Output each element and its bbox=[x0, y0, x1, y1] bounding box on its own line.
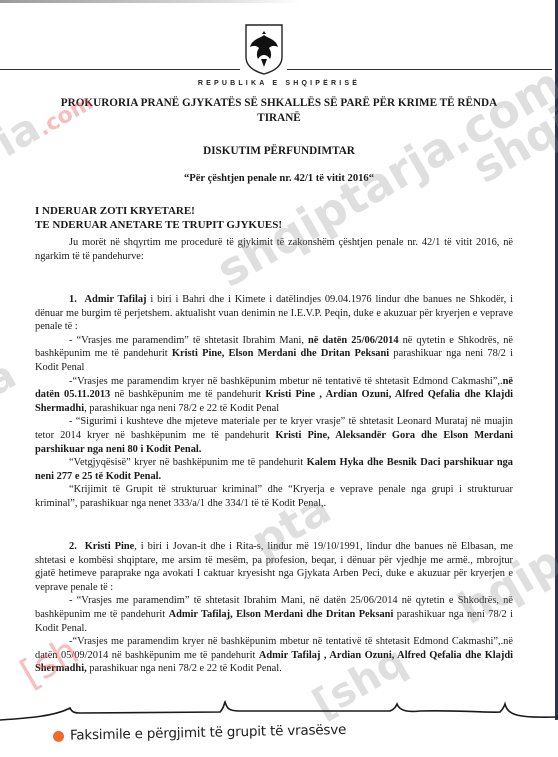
image-caption: Faksimile e përgjimit të grupit të vrasë… bbox=[53, 722, 347, 744]
institution-line-1: PROKURORIA PRANË GJYKATËS SË SHKALLËS SË… bbox=[0, 96, 558, 111]
charge-text: “Vetgjyqësisë” kryer në bashkëpunim me t… bbox=[69, 457, 307, 468]
charge-article: parashikuar nga neni 78/2 e 22 të Kodit … bbox=[87, 663, 282, 674]
torn-page-edge bbox=[0, 700, 558, 724]
defendant-name: Kristi Pine bbox=[85, 541, 135, 552]
charge-4: “Vetgjyqësisë” kryer në bashkëpunim me t… bbox=[35, 456, 513, 483]
salutation-line-1: I NDERUAR ZOTI KRYETARE! bbox=[35, 204, 282, 218]
defendant-1-intro: 1. Admir Tafilaj i biri i Bahri dhe i Ki… bbox=[35, 293, 513, 334]
institution-line-2: TIRANË bbox=[0, 111, 558, 126]
charge-date: në datën 25/06/2014 bbox=[308, 335, 399, 346]
co-defendants: Kristi Pine, Elson Merdani dhe Dritan Pe… bbox=[172, 348, 389, 359]
defendant-name: Admir Tafilaj bbox=[85, 294, 147, 305]
charge-5: “Krijimit të Grupit të strukturuar krimi… bbox=[35, 483, 513, 510]
albanian-coat-of-arms-icon bbox=[244, 23, 284, 75]
salutation: I NDERUAR ZOTI KRYETARE! TE NDERUAR ANET… bbox=[35, 204, 282, 232]
institution-name: PROKURORIA PRANË GJYKATËS SË SHKALLËS SË… bbox=[0, 96, 558, 126]
charge-1: - “Vrasjes me paramendim” të shtetasit I… bbox=[35, 594, 513, 635]
defendant-number: 2. bbox=[69, 541, 77, 552]
caption-text: Faksimile e përgjimit të grupit të vrasë… bbox=[70, 722, 347, 744]
defendant-1-section: 1. Admir Tafilaj i biri i Bahri dhe i Ki… bbox=[35, 293, 513, 511]
defendant-2-intro: 2. Kristi Pine, i biri i Jovan-it dhe i … bbox=[35, 540, 513, 594]
co-defendants: Admir Tafilaj, Elson Merdani dhe Dritan … bbox=[169, 609, 394, 620]
header-rule-right bbox=[287, 69, 552, 70]
charge-1: - “Vrasjes me paramendim” të shtetasit I… bbox=[35, 334, 513, 375]
watermark: [a bbox=[0, 352, 24, 414]
intro-text: Ju morët në shqyrtim me procedurë të gjy… bbox=[35, 236, 513, 263]
salutation-line-2: TE NDERUAR ANETARE TE TRUPIT GJYKUES! bbox=[35, 218, 282, 232]
charge-article: , parashikuar nga neni 78/2 e 22 të Kodi… bbox=[84, 403, 279, 414]
charge-text: në bashkëpunim me të pandehurit bbox=[110, 389, 265, 400]
bullet-dot-icon bbox=[53, 730, 64, 741]
intro-paragraph: Ju morët në shqyrtim me procedurë të gjy… bbox=[35, 236, 513, 263]
defendant-number: 1. bbox=[69, 294, 77, 305]
charge-text: -“Vrasjes me paramendim kryer në bashkëp… bbox=[69, 376, 503, 387]
document-subtitle: “Për çështjen penale nr. 42/1 të vitit 2… bbox=[0, 173, 558, 184]
charge-text: - “Vrasjes me paramendim” të shtetasit I… bbox=[69, 335, 308, 346]
document-page: REPUBLIKA E SHQIPËRISË PROKURORIA PRANË … bbox=[0, 0, 555, 722]
charge-2: -“Vrasjes me paramendim kryer në bashkëp… bbox=[35, 375, 513, 416]
document-title: DISKUTIM PËRFUNDIMTAR bbox=[0, 145, 558, 157]
charge-3: - “Sigurimi i kushteve dhe mjeteve mater… bbox=[35, 415, 513, 456]
charge-2: -“Vrasjes me paramendim kryer në bashkëp… bbox=[35, 635, 513, 676]
country-name: REPUBLIKA E SHQIPËRISË bbox=[0, 80, 558, 87]
header-rule-left bbox=[0, 69, 240, 70]
defendant-2-section: 2. Kristi Pine, i biri i Jovan-it dhe i … bbox=[35, 540, 513, 676]
